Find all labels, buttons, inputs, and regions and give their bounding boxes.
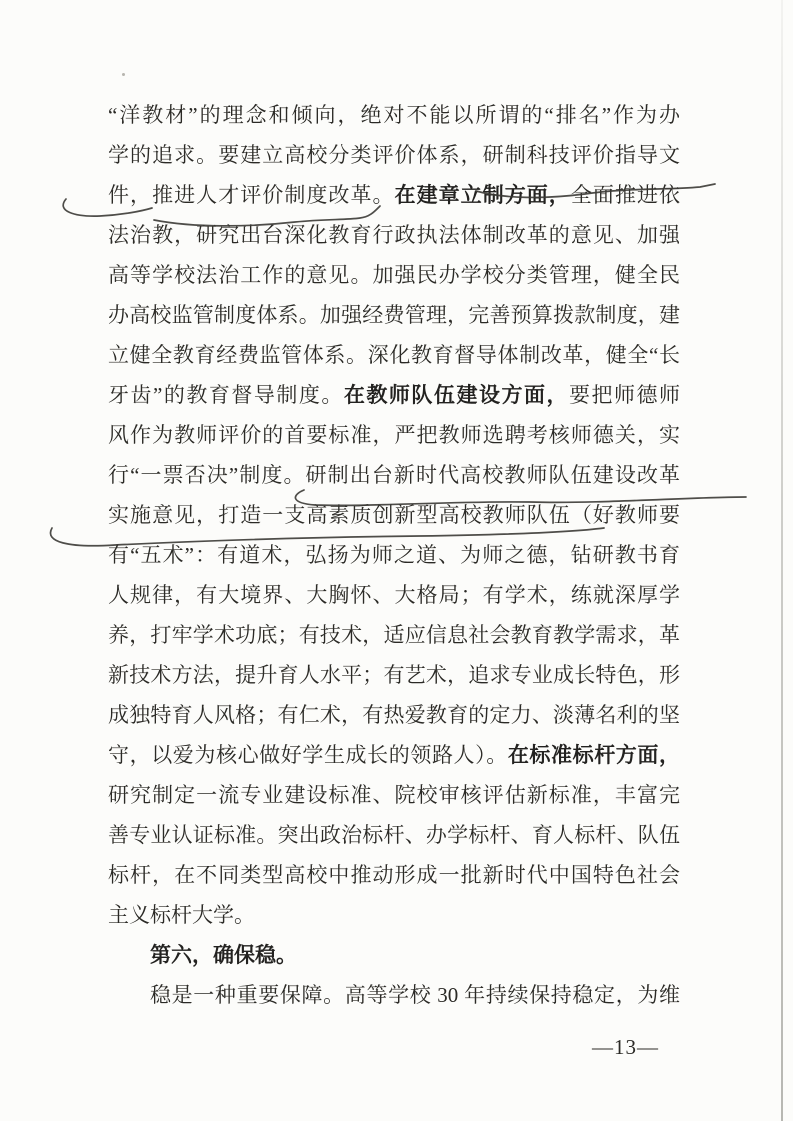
text-line: 标杆，在不同类型高校中推动形成一批新时代中国特色社会: [108, 855, 680, 895]
text-run: 学的追求。要建立高校分类评价体系，研制科技评价指导文: [108, 143, 680, 167]
text-line: 风作为教师评价的首要标准，严把教师选聘考核师德关，实: [108, 415, 680, 455]
text-run: 善专业认证标准。突出政治标杆、办学标杆、育人标杆、队伍: [108, 823, 680, 847]
text-run: 行“一票否决”制度。研制出台新时代高校教师队伍建设改革: [108, 463, 680, 487]
text-run: 件，推进人才评价制度改革。: [108, 183, 395, 207]
text-run: 风作为教师评价的首要标准，严把教师选聘考核师德关，实: [108, 423, 680, 447]
bold-phrase: 在教师队伍建设方面，: [344, 383, 569, 407]
text-run: 立健全教育经费监管体系。深化教育督导体制改革，健全“长: [108, 343, 680, 367]
bold-phrase: 在建章立制方面，: [395, 183, 571, 207]
text-run: 主义标杆大学。: [108, 903, 255, 927]
text-run: 要把师德师: [569, 383, 680, 407]
text-run: 全面推进依: [571, 183, 680, 207]
text-line: “洋教材”的理念和倾向，绝对不能以所谓的“排名”作为办: [108, 95, 680, 135]
text-run: 有“五术”：有道术，弘扬为师之道、为师之德，钻研教书育: [108, 543, 680, 567]
text-run: 人规律，有大境界、大胸怀、大格局；有学术，练就深厚学: [108, 583, 680, 607]
text-line: 守，以爱为核心做好学生成长的领路人）。在标准标杆方面，: [108, 735, 680, 775]
text-line: 研究制定一流专业建设标准、院校审核评估新标准，丰富完: [108, 775, 680, 815]
text-line: 法治教，研究出台深化教育行政执法体制改革的意见、加强: [108, 215, 680, 255]
text-line: 善专业认证标准。突出政治标杆、办学标杆、育人标杆、队伍: [108, 815, 680, 855]
text-run: 高等学校法治工作的意见。加强民办学校分类管理，健全民: [108, 263, 680, 287]
text-line: 主义标杆大学。: [108, 895, 680, 935]
text-line: 第六，确保稳。: [108, 935, 680, 975]
text-line: 稳是一种重要保障。高等学校 30 年持续保持稳定，为维: [108, 975, 680, 1015]
text-run: 成独特育人风格；有仁术，有热爱教育的定力、淡薄名利的坚: [108, 703, 680, 727]
bold-phrase: 第六，确保稳。: [150, 943, 297, 967]
page-number: —13—: [592, 1035, 659, 1060]
text-line: 学的追求。要建立高校分类评价体系，研制科技评价指导文: [108, 135, 680, 175]
text-line: 件，推进人才评价制度改革。在建章立制方面，全面推进依: [108, 175, 680, 215]
text-run: 标杆，在不同类型高校中推动形成一批新时代中国特色社会: [108, 863, 680, 887]
text-run: 养，打牢学术功底；有技术，适应信息社会教育教学需求，革: [108, 623, 680, 647]
text-line: 高等学校法治工作的意见。加强民办学校分类管理，健全民: [108, 255, 680, 295]
scan-edge-line: [781, 0, 783, 1121]
text-run: 牙齿”的教育督导制度。: [108, 383, 344, 407]
scan-speck: [122, 73, 125, 76]
text-line: 有“五术”：有道术，弘扬为师之道、为师之德，钻研教书育: [108, 535, 680, 575]
text-line: 养，打牢学术功底；有技术，适应信息社会教育教学需求，革: [108, 615, 680, 655]
text-run: 新技术方法，提升育人水平；有艺术，追求专业成长特色，形: [108, 663, 680, 687]
text-line: 实施意见，打造一支高素质创新型高校教师队伍（好教师要: [108, 495, 680, 535]
text-line: 牙齿”的教育督导制度。在教师队伍建设方面，要把师德师: [108, 375, 680, 415]
text-run: 法治教，研究出台深化教育行政执法体制改革的意见、加强: [108, 223, 680, 247]
text-run: 稳是一种重要保障。高等学校 30 年持续保持稳定，为维: [150, 983, 680, 1007]
text-line: 新技术方法，提升育人水平；有艺术，追求专业成长特色，形: [108, 655, 680, 695]
text-line: 行“一票否决”制度。研制出台新时代高校教师队伍建设改革: [108, 455, 680, 495]
document-page: “洋教材”的理念和倾向，绝对不能以所谓的“排名”作为办学的追求。要建立高校分类评…: [0, 0, 793, 1121]
text-body: “洋教材”的理念和倾向，绝对不能以所谓的“排名”作为办学的追求。要建立高校分类评…: [108, 95, 680, 1015]
text-run: 办高校监管制度体系。加强经费管理，完善预算拨款制度，建: [108, 303, 680, 327]
text-run: “洋教材”的理念和倾向，绝对不能以所谓的“排名”作为办: [108, 103, 680, 127]
text-run: 守，以爱为核心做好学生成长的领路人）。: [108, 743, 508, 767]
text-line: 立健全教育经费监管体系。深化教育督导体制改革，健全“长: [108, 335, 680, 375]
text-line: 办高校监管制度体系。加强经费管理，完善预算拨款制度，建: [108, 295, 680, 335]
text-line: 人规律，有大境界、大胸怀、大格局；有学术，练就深厚学: [108, 575, 680, 615]
text-run: 研究制定一流专业建设标准、院校审核评估新标准，丰富完: [108, 783, 680, 807]
text-line: 成独特育人风格；有仁术，有热爱教育的定力、淡薄名利的坚: [108, 695, 680, 735]
text-run: 实施意见，打造一支高素质创新型高校教师队伍（好教师要: [108, 503, 680, 527]
bold-phrase: 在标准标杆方面，: [508, 743, 680, 767]
